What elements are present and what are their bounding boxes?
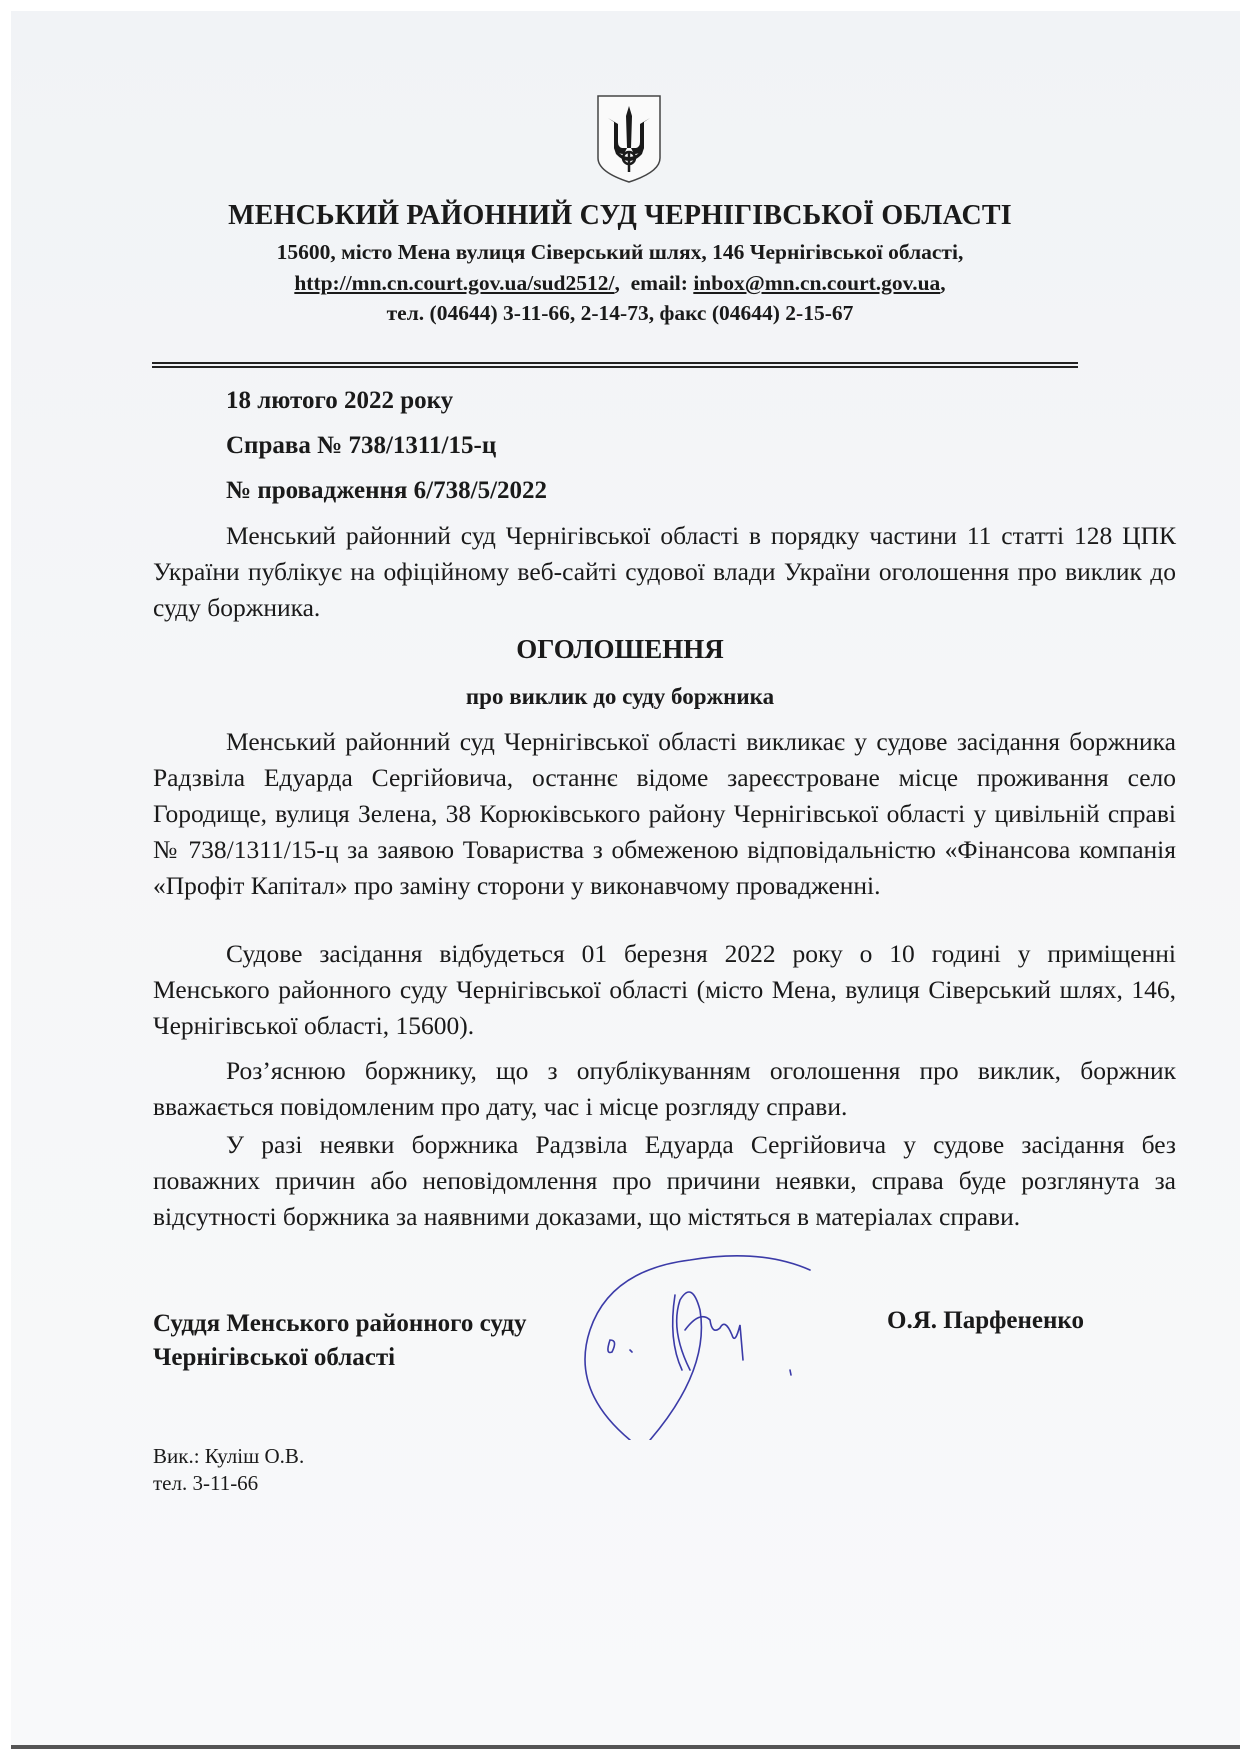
summons-paragraph: Менський районний суд Чернігівської обла… (153, 724, 1176, 904)
judge-title: Суддя Менського районного суду Чернігівс… (153, 1307, 527, 1375)
executor-name: Вик.: Куліш О.В. (153, 1443, 304, 1470)
header-divider (152, 362, 1078, 368)
email-label: email: (631, 271, 688, 295)
page-edge (11, 1745, 1240, 1749)
website-link[interactable]: http://mn.cn.court.gov.ua/sud2512/ (294, 271, 614, 295)
judge-title-line2: Чернігівської області (153, 1341, 527, 1375)
signature-icon (560, 1240, 830, 1440)
intro-paragraph: Менський районний суд Чернігівської обла… (153, 518, 1176, 626)
hearing-paragraph: Судове засідання відбудеться 01 березня … (153, 936, 1176, 1044)
document-date: 18 лютого 2022 року (226, 387, 453, 415)
announcement-subtitle: про виклик до суду боржника (0, 684, 1240, 710)
announcement-title: ОГОЛОШЕННЯ (0, 634, 1240, 665)
proceeding-number: № провадження 6/738/5/2022 (226, 477, 547, 505)
court-name: МЕНСЬКИЙ РАЙОННИЙ СУД ЧЕРНІГІВСЬКОЇ ОБЛА… (0, 200, 1240, 232)
absence-paragraph: У разі неявки боржника Радзвіла Едуарда … (153, 1127, 1176, 1235)
court-phones: тел. (04644) 3-11-66, 2-14-73, факс (046… (0, 301, 1240, 326)
email-link[interactable]: inbox@mn.cn.court.gov.ua (693, 271, 940, 295)
case-number: Справа № 738/1311/15-ц (226, 432, 496, 460)
judge-name: О.Я. Парфененко (887, 1307, 1084, 1335)
executor-phone: тел. 3-11-66 (153, 1470, 304, 1497)
court-address: 15600, місто Мена вулиця Сіверський шлях… (0, 240, 1240, 265)
executor-info: Вик.: Куліш О.В. тел. 3-11-66 (153, 1443, 304, 1497)
judge-title-line1: Суддя Менського районного суду (153, 1307, 527, 1341)
coat-of-arms-icon (594, 92, 664, 186)
court-contacts: http://mn.cn.court.gov.ua/sud2512/, emai… (0, 271, 1240, 296)
notice-paragraph: Роз’яснюю боржнику, що з опублікуванням … (153, 1053, 1176, 1125)
